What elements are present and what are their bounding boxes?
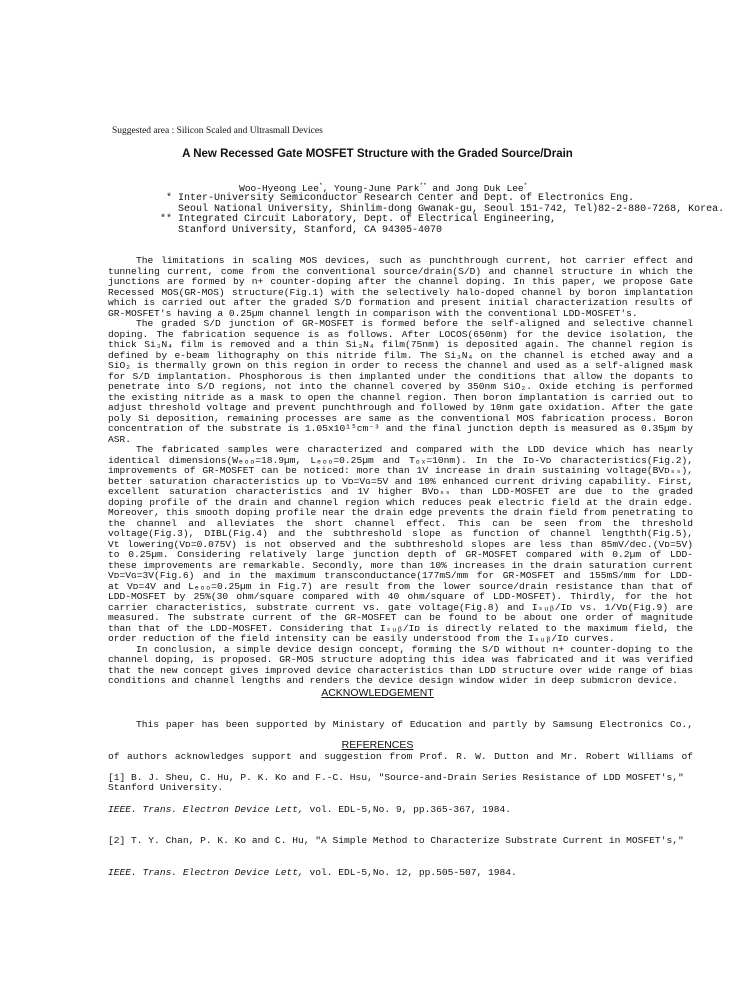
text-line: these improvements are remarkable. Secon… — [108, 561, 693, 572]
text-line: defined by e-beam lithography on this ni… — [108, 351, 693, 362]
text-line: excellent saturation characteristics and… — [108, 487, 693, 498]
body-text: The limitations in scaling MOS devices, … — [108, 256, 693, 687]
text-line: poly Si deposition, remaining processes … — [108, 414, 693, 425]
journal-name: IEEE. Trans. Electron Device Lett, — [108, 805, 304, 815]
text-line: LDD-MOSFET by 25%(30 ohm/square compared… — [108, 592, 693, 603]
text-line: voltage(Fig.3), DIBL(Fig.4) and the subt… — [108, 529, 693, 540]
text-line: channel doping, is proposed. GR-MOS stru… — [108, 655, 693, 666]
text-line: ASR. — [108, 435, 693, 446]
text-line: junctions are formed by n+ counter-dopin… — [108, 277, 693, 288]
text-line: which is carried out after the graded S/… — [108, 298, 693, 309]
text-line: improvements of GR-MOSFET can be noticed… — [108, 466, 693, 477]
reference-item-1-source: IEEE. Trans. Electron Device Lett, vol. … — [108, 805, 693, 816]
affiliation-line: * Inter-University Semiconductor Researc… — [166, 194, 634, 205]
affiliation-line: ** Integrated Circuit Laboratory, Dept. … — [160, 215, 556, 226]
text-line: Recessed MOS(GR-MOS) structure(Fig.1) wi… — [108, 288, 693, 299]
journal-name: IEEE. Trans. Electron Device Lett, — [108, 868, 304, 878]
text-line: GR-MOSFET's having a 0.25µm channel leng… — [108, 309, 693, 320]
text-line: The limitations in scaling MOS devices, … — [108, 256, 693, 267]
text-line: carrier characteristics, substrate curre… — [108, 603, 693, 614]
text-line: at Vᴅ=4V and Lₑₒₒ=0.25µm in Fig.7) are r… — [108, 582, 693, 593]
text-line: for S/D implantation. Phosphorous is the… — [108, 372, 693, 383]
text-line: Vᴅ=Vɢ=3V(Fig.6) and in the maximum trans… — [108, 571, 693, 582]
text-line: penetrate into S/D regions, not into the… — [108, 382, 693, 393]
text-line: thick Si₃N₄ film is removed and a thin S… — [108, 340, 693, 351]
reference-list: [1] B. J. Sheu, C. Hu, P. K. Ko and F.-C… — [108, 752, 693, 889]
text-line: order reduction of the field intensity c… — [108, 634, 693, 645]
text-line: In conclusion, a simple device design co… — [108, 645, 693, 656]
text-line: The graded S/D junction of GR-MOSFET is … — [108, 319, 693, 330]
author-3-mark: * — [524, 182, 528, 189]
text-line: measured. The substrate current of the G… — [108, 613, 693, 624]
text-line: adjust threshold voltage and prevent pun… — [108, 403, 693, 414]
suggested-area: Suggested area : Silicon Scaled and Ultr… — [112, 126, 323, 136]
text-line: Moreover, this smooth doping profile nea… — [108, 508, 693, 519]
text-line: SiO₂ is thermally grown on this region i… — [108, 361, 693, 372]
acknowledgement-heading: ACKNOWLEDGEMENT — [0, 687, 755, 699]
affiliation-line: Stanford University, Stanford, CA 94305-… — [160, 226, 442, 237]
citation-details: vol. EDL-5,No. 9, pp.365-367, 1984. — [304, 805, 511, 815]
reference-item-1: [1] B. J. Sheu, C. Hu, P. K. Ko and F.-C… — [108, 773, 693, 784]
reference-item-2-source: IEEE. Trans. Electron Device Lett, vol. … — [108, 868, 693, 879]
text-line: conditions and channel lengths and rende… — [108, 676, 693, 687]
text-line: doping. The fabrication sequence is as f… — [108, 330, 693, 341]
text-line: to 0.25µm. Considering relatively large … — [108, 550, 693, 561]
text-line: than that of the LDD-MOSFET. Considering… — [108, 624, 693, 635]
text-line: concentration of the substrate is 1.05x1… — [108, 424, 693, 435]
text-line: that the new concept gives improved devi… — [108, 666, 693, 677]
text-line: tunneling current, come from the convent… — [108, 267, 693, 278]
author-2-mark: ** — [420, 182, 427, 189]
references-heading: REFERENCES — [0, 739, 755, 751]
text-line: the existing nitride as a mask to open t… — [108, 393, 693, 404]
citation-details: vol. EDL-5,No. 12, pp.505-507, 1984. — [304, 868, 517, 878]
paper-title: A New Recessed Gate MOSFET Structure wit… — [0, 148, 755, 160]
text-line: This paper has been supported by Minista… — [108, 720, 693, 731]
text-line: doping profile of the drain and channel … — [108, 498, 693, 509]
text-line: the channel and alleviates the short cha… — [108, 519, 693, 530]
text-line: The fabricated samples were characterize… — [108, 445, 693, 456]
text-line: better saturation characteristics up to … — [108, 477, 693, 488]
text-line: identical dimensions(Wₑₒₒ=18.9µm, Lₑₒₒ=0… — [108, 456, 693, 467]
reference-item-2: [2] T. Y. Chan, P. K. Ko and C. Hu, "A S… — [108, 836, 693, 847]
text-line: Vt lowering(Vᴅ=0.075V) is not observed a… — [108, 540, 693, 551]
author-list: Woo-Hyeong Lee*, Young-June Park** and J… — [0, 171, 755, 194]
